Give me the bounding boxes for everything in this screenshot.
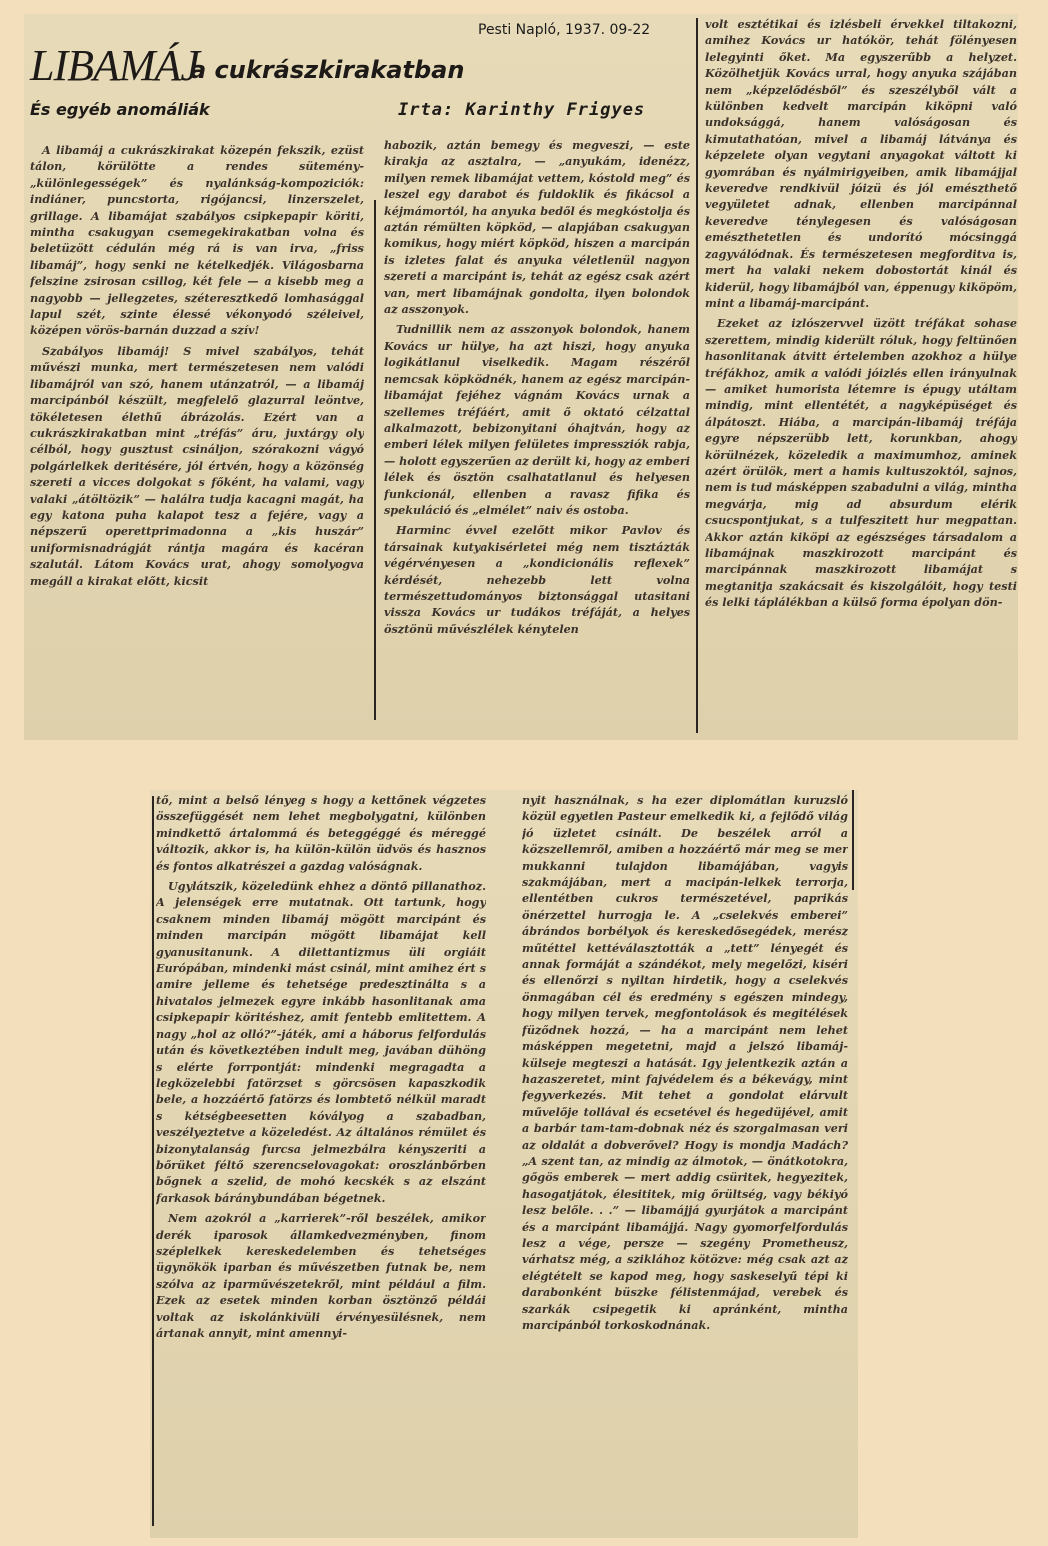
column-rule [152, 796, 154, 1526]
paragraph: A libamáj a cukrászkirakat közepén feksz… [30, 142, 364, 339]
article-column-2: habozik, aztán bemegy és megveszi, — est… [384, 137, 690, 737]
article-column-4: tő, mint a belső lényeg s hogy a kettőne… [156, 792, 486, 1528]
paragraph: Nem azokról a „karrierek”-ről beszélek, … [156, 1210, 486, 1341]
column-rule [852, 790, 854, 890]
background-gap [1018, 14, 1048, 740]
paragraph: Harminc évvel ezelőtt mikor Pavlov és tá… [384, 522, 690, 637]
article-column-1: A libamáj a cukrászkirakat közepén feksz… [30, 142, 364, 742]
author-byline: Irta: Karinthy Frigyes [398, 100, 645, 120]
article-column-5: nyit használnak, s ha ezer diplomátlan k… [522, 792, 848, 1528]
column-rule [696, 18, 698, 733]
paragraph: Ezeket az izlószervvel üzött tréfákat so… [705, 315, 1017, 610]
headline-sub: a cukrászkirakatban [190, 56, 464, 84]
source-label: Pesti Napló, 1937. 09-22 [478, 22, 650, 38]
article-column-3: volt esztétikai és izlésbeli érvekkel ti… [705, 16, 1017, 742]
paragraph: nyit használnak, s ha ezer diplomátlan k… [522, 792, 848, 1333]
paragraph: Szabályos libamáj! S mivel szabályos, te… [30, 343, 364, 589]
headline-main: LIBAMÁJ [30, 40, 199, 91]
paragraph: Ugylátszik, közeledünk ehhez a döntő pil… [156, 878, 486, 1206]
paragraph: habozik, aztán bemegy és megveszi, — est… [384, 137, 690, 317]
paragraph: volt esztétikai és izlésbeli érvekkel ti… [705, 16, 1017, 311]
paragraph: Tudnillik nem az asszonyok bolondok, han… [384, 321, 690, 518]
paragraph: tő, mint a belső lényeg s hogy a kettőne… [156, 792, 486, 874]
article-subtitle: És egyéb anomáliák [30, 100, 210, 119]
column-rule [374, 200, 376, 720]
